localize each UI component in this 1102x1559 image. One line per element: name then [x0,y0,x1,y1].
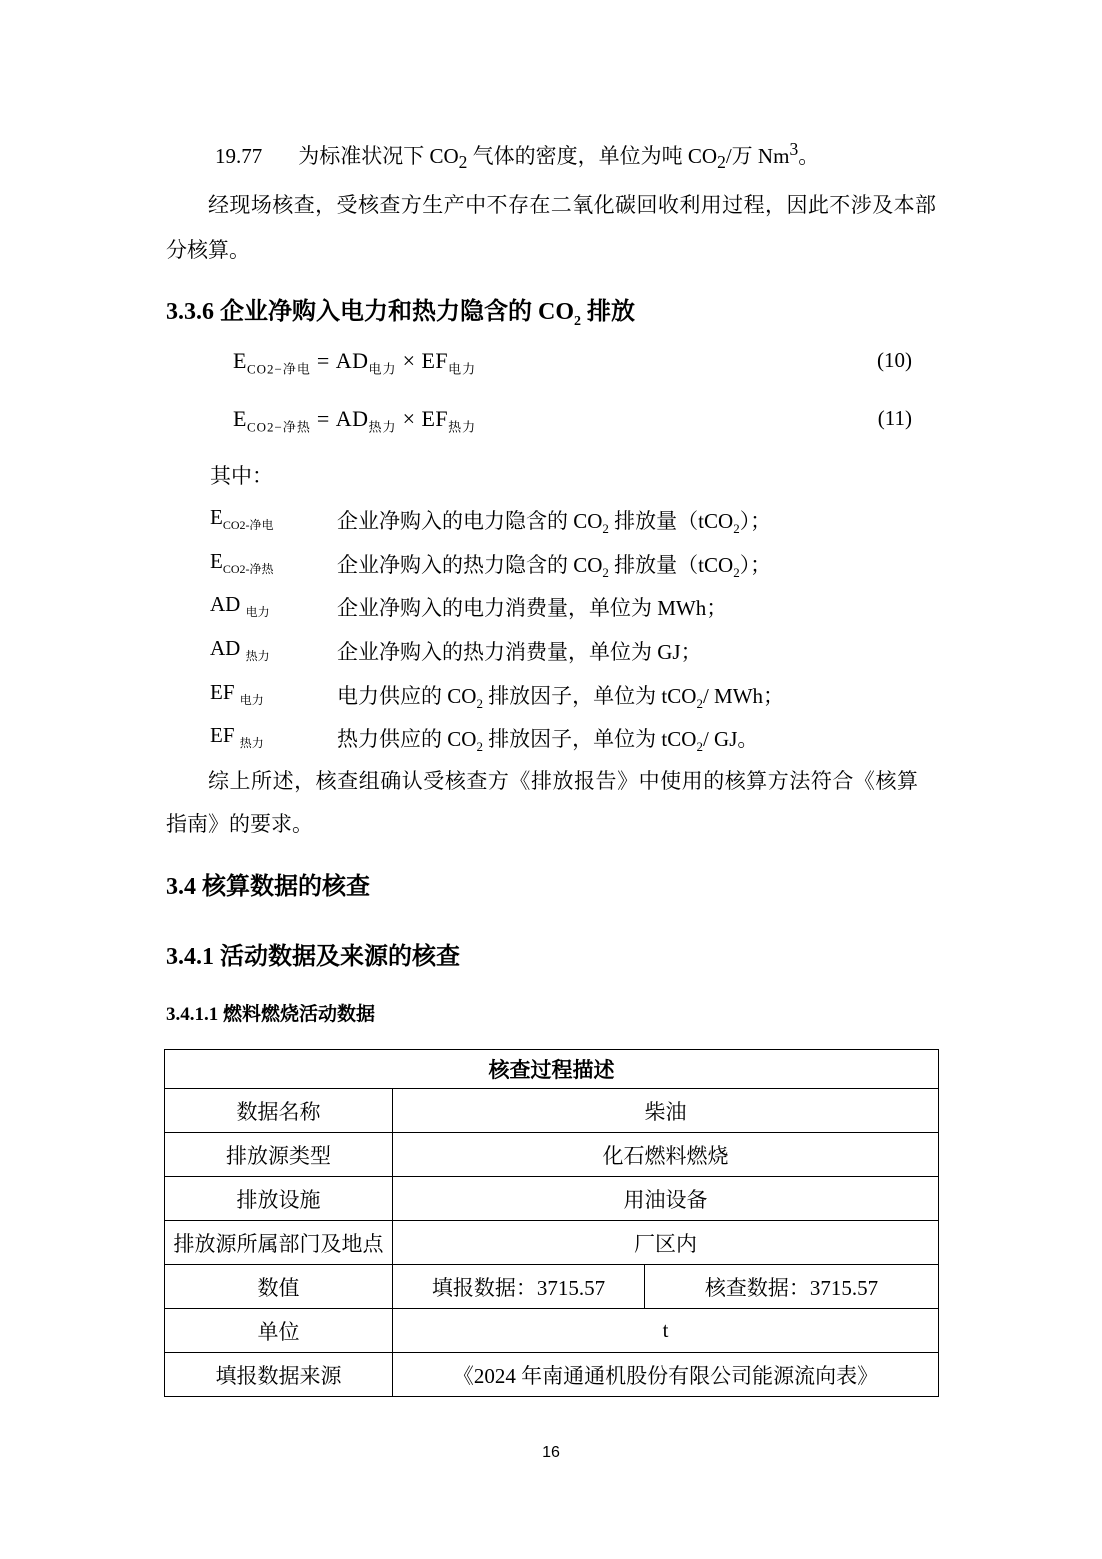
definition-term: ECO2-净电 [210,505,337,535]
table-row: 排放设施 用油设备 [165,1177,939,1221]
row-value: 柴油 [393,1089,939,1133]
definition-term: EF 电力 [210,680,337,710]
row-label: 排放设施 [165,1177,393,1221]
where-label: 其中： [210,460,273,490]
table-row: 排放源所属部门及地点 厂区内 [165,1221,939,1265]
formula-10-expression: ECO2−净电 = AD电力 × EF电力 [166,348,476,374]
page-number: 16 [0,1444,1102,1462]
table-row: 单位 t [165,1309,939,1353]
definition-description: 热力供应的 CO2 排放因子，单位为 tCO2/ GJ。 [337,723,758,753]
table-header-row: 核查过程描述 [165,1050,939,1089]
definition-description: 电力供应的 CO2 排放因子，单位为 tCO2/ MWh； [337,680,784,710]
definition-item: ECO2-净电 企业净购入的电力隐含的 CO2 排放量（tCO2）； [210,505,936,535]
row-label: 排放源类型 [165,1133,393,1177]
row-label: 填报数据来源 [165,1353,393,1397]
formula-10-row: ECO2−净电 = AD电力 × EF电力 (10) [166,348,936,374]
definition-description: 企业净购入的电力消费量，单位为 MWh； [337,592,727,622]
formula-11-expression: ECO2−净热 = AD热力 × EF热力 [166,406,476,432]
row-value: 《2024 年南通通机股份有限公司能源流向表》 [393,1353,939,1397]
row-value: t [393,1309,939,1353]
density-value: 19.77 [215,144,262,169]
table-row: 数值 填报数据：3715.57 核查数据：3715.57 [165,1265,939,1309]
definition-item: EF 热力 热力供应的 CO2 排放因子，单位为 tCO2/ GJ。 [210,723,936,753]
definition-term: AD 热力 [210,636,337,666]
row-value: 化石燃料燃烧 [393,1133,939,1177]
table-title: 核查过程描述 [165,1050,939,1089]
row-label: 数值 [165,1265,393,1309]
verification-table: 核查过程描述 数据名称 柴油 排放源类型 化石燃料燃烧 排放设施 用油设备 排放… [164,1049,939,1397]
row-label: 排放源所属部门及地点 [165,1221,393,1265]
definition-description: 企业净购入的热力消费量，单位为 GJ； [337,636,702,666]
definition-description: 企业净购入的热力隐含的 CO2 排放量（tCO2）； [337,549,771,579]
definition-description: 企业净购入的电力隐含的 CO2 排放量（tCO2）； [337,505,771,535]
row-value-reported: 填报数据：3715.57 [393,1265,645,1309]
definition-term: AD 电力 [210,592,337,622]
formula-10-number: (10) [877,348,936,373]
definition-term: ECO2-净热 [210,549,337,579]
heading-3-4: 3.4 核算数据的核查 [166,866,370,901]
formula-11-number: (11) [878,406,936,431]
definition-item: ECO2-净热 企业净购入的热力隐含的 CO2 排放量（tCO2）； [210,549,936,579]
paragraph-recovery: 经现场核查，受核查方生产中不存在二氧化碳回收利用过程，因此不涉及本部分核算。 [166,183,936,273]
formula-11-row: ECO2−净热 = AD热力 × EF热力 (11) [166,406,936,432]
density-definition-line: 19.77为标准状况下 CO2 气体的密度，单位为吨 CO2/万 Nm3。 [215,140,819,170]
document-page: 19.77为标准状况下 CO2 气体的密度，单位为吨 CO2/万 Nm3。 经现… [0,0,1102,1559]
table-row: 数据名称 柴油 [165,1089,939,1133]
row-value-verified: 核查数据：3715.57 [645,1265,939,1309]
definition-item: AD 电力 企业净购入的电力消费量，单位为 MWh； [210,592,936,622]
definition-item: AD 热力 企业净购入的热力消费量，单位为 GJ； [210,636,936,666]
paragraph-conclusion: 综上所述，核查组确认受核查方《排放报告》中使用的核算方法符合《核算指南》的要求。 [166,760,918,846]
definition-item: EF 电力 电力供应的 CO2 排放因子，单位为 tCO2/ MWh； [210,680,936,710]
heading-3-4-1: 3.4.1 活动数据及来源的核查 [166,936,460,971]
table-row: 排放源类型 化石燃料燃烧 [165,1133,939,1177]
row-value: 厂区内 [393,1221,939,1265]
definition-term: EF 热力 [210,723,337,753]
row-label: 数据名称 [165,1089,393,1133]
density-description: 为标准状况下 CO2 气体的密度，单位为吨 CO2/万 Nm3。 [298,144,819,168]
heading-3-4-1-1: 3.4.1.1 燃料燃烧活动数据 [166,999,375,1026]
row-value: 用油设备 [393,1177,939,1221]
heading-3-3-6: 3.3.6 企业净购入电力和热力隐含的 CO2 排放 [166,291,635,326]
row-label: 单位 [165,1309,393,1353]
table-row: 填报数据来源 《2024 年南通通机股份有限公司能源流向表》 [165,1353,939,1397]
